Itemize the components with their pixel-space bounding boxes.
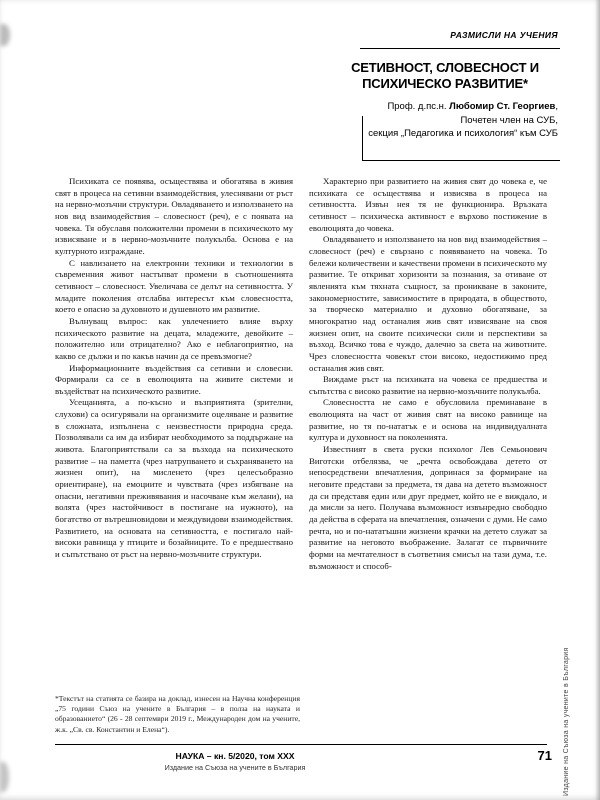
scan-artifact [0, 762, 9, 792]
author-line1: Проф. д.пс.н. Любомир Ст. Георгиев, [308, 100, 558, 114]
footer-rule [55, 744, 547, 745]
paragraph: Овладяването и използването на нов вид в… [309, 234, 547, 374]
author-comma: , [555, 101, 558, 112]
paragraph: С навлизането на електронни техники и те… [55, 258, 293, 316]
paragraph: Словесността не само е обусловила премин… [309, 397, 547, 444]
article-title-line2: ПСИХИЧЕСКО РАЗВИТИЕ* [330, 76, 560, 92]
author-block: Проф. д.пс.н. Любомир Ст. Георгиев, Поче… [308, 100, 558, 141]
author-name: Любомир Ст. Георгиев [449, 101, 555, 112]
article-title: СЕТИВНОСТ, СЛОВЕСНОСТ И ПСИХИЧЕСКО РАЗВИ… [330, 60, 560, 92]
article-title-line1: СЕТИВНОСТ, СЛОВЕСНОСТ И [330, 60, 560, 76]
right-column: Характерно при развитието на живия свят … [309, 176, 547, 572]
footer-publisher-line: Издание на Съюза на учените в България [120, 763, 350, 772]
paragraph: Вълнуващ въпрос: как увлечението влияе в… [55, 316, 293, 363]
author-line3: секция „Педагогика и психология“ към СУБ [308, 127, 558, 141]
paragraph: Известният в света руски психолог Лев Се… [309, 444, 547, 572]
scan-edge-shadow [595, 0, 600, 800]
paragraph: Виждаме ръст на психиката на човека се п… [309, 374, 547, 397]
author-line2: Почетен член на СУБ, [308, 114, 558, 128]
header-rule [360, 48, 560, 49]
section-banner: РАЗМИСЛИ НА УЧЕНИЯ [258, 30, 558, 40]
left-column: Психиката се появява, осъществява и обог… [55, 176, 293, 572]
scan-artifact [0, 24, 10, 46]
footnote: *Текстът на статията се базира на доклад… [55, 694, 300, 735]
footer-journal-line: НАУКА – кн. 5/2020, том XXX [120, 751, 350, 761]
spine-publisher-text: Издание на Съюза на учените в България [563, 640, 570, 796]
paragraph: Психиката се появява, осъществява и обог… [55, 176, 293, 258]
body-columns: Психиката се появява, осъществява и обог… [55, 176, 547, 572]
paragraph: Усещанията, а по-късно и възприятията (з… [55, 397, 293, 560]
paragraph: Характерно при развитието на живия свят … [309, 176, 547, 234]
paragraph: Информационните въздействия са сетивни и… [55, 363, 293, 398]
page-number: 71 [538, 748, 552, 763]
author-prefix: Проф. д.пс.н. [387, 101, 449, 112]
journal-page: РАЗМИСЛИ НА УЧЕНИЯ СЕТИВНОСТ, СЛОВЕСНОСТ… [0, 0, 600, 800]
